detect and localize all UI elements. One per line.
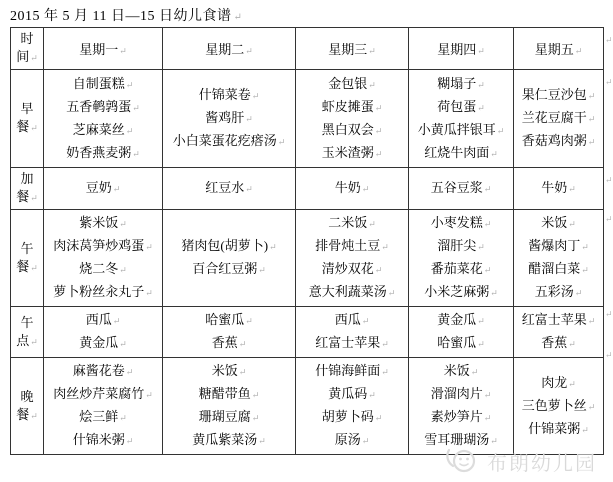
menu-table-body: 早餐自制蛋糕五香鹌鹑蛋芝麻菜丝奶香燕麦粥什锦菜卷酱鸡肝小白菜蛋花疙瘩汤金包银虾皮… (11, 70, 604, 455)
meal-label: 晚餐 (11, 358, 44, 455)
header-row: 时间星期一星期二星期三星期四星期五 (11, 28, 604, 70)
label-char: 餐 (12, 258, 42, 277)
menu-item: 糊塌子 (410, 73, 512, 96)
header-day-4: 星期四 (409, 28, 514, 70)
menu-item: 什锦米粥 (45, 429, 161, 452)
menu-cell: 小枣发糕溜肝尖番茄菜花小米芝麻粥 (409, 210, 514, 307)
menu-cell: 豆奶 (44, 168, 163, 210)
menu-item: 萝卜粉丝汆丸子 (45, 281, 161, 304)
label-char: 餐 (12, 118, 42, 137)
meal-row-4: 午点西瓜黄金瓜哈蜜瓜香蕉西瓜红富士苹果黄金瓜哈蜜瓜红富士苹果香蕉 (11, 307, 604, 358)
menu-item: 西瓜 (45, 309, 161, 332)
menu-item: 玉米渣粥 (297, 142, 407, 165)
menu-item: 小枣发糕 (410, 212, 512, 235)
menu-item: 香菇鸡肉粥 (515, 130, 602, 153)
header-day-label: 星期一 (79, 42, 127, 57)
menu-item: 红烧牛肉面 (410, 142, 512, 165)
menu-cell: 米饭酱爆肉丁醋溜白菜五彩汤 (514, 210, 604, 307)
menu-item: 哈蜜瓜 (410, 332, 512, 355)
menu-cell: 金包银虾皮摊蛋黑白双会玉米渣粥 (296, 70, 409, 168)
bird-face-logo-icon (444, 446, 480, 476)
page-title-text: 2015 年 5 月 11 日—15 日幼儿食谱 (10, 9, 231, 24)
menu-item: 黄金瓜 (45, 332, 161, 355)
header-day-1: 星期一 (44, 28, 163, 70)
menu-cell: 二米饭排骨炖土豆清炒双花意大利蔬菜汤 (296, 210, 409, 307)
end-of-row-mark: ↵ (605, 69, 613, 167)
menu-item: 红富士苹果 (515, 309, 602, 332)
menu-cell: 黄金瓜哈蜜瓜 (409, 307, 514, 358)
label-char: 点 (12, 332, 42, 351)
menu-cell: 牛奶 (514, 168, 604, 210)
menu-item: 小米芝麻粥 (410, 281, 512, 304)
label-char: 午 (12, 314, 42, 332)
header-day-3: 星期三 (296, 28, 409, 70)
menu-item: 米饭 (410, 360, 512, 383)
menu-item: 什锦菜卷 (164, 84, 294, 107)
menu-cell: 紫米饭肉沫莴笋炒鸡蛋烧二冬萝卜粉丝汆丸子 (44, 210, 163, 307)
label-char: 早 (12, 100, 42, 118)
menu-item: 果仁豆沙包 (515, 84, 602, 107)
menu-cell: 西瓜黄金瓜 (44, 307, 163, 358)
menu-table-header: 时间星期一星期二星期三星期四星期五 (11, 28, 604, 70)
menu-item: 意大利蔬菜汤 (297, 281, 407, 304)
label-char: 时 (12, 30, 42, 48)
meal-label: 加餐 (11, 168, 44, 210)
menu-cell: 什锦海鲜面黄瓜码胡萝卜码原汤 (296, 358, 409, 455)
menu-item: 素炒笋片 (410, 406, 512, 429)
menu-item: 芝麻菜丝 (45, 119, 161, 142)
menu-item: 糖醋带鱼 (164, 383, 294, 406)
menu-item: 黄瓜码 (297, 383, 407, 406)
menu-cell: 麻酱花卷肉丝炒芹菜腐竹烩三鲜什锦米粥 (44, 358, 163, 455)
menu-item: 番茄菜花 (410, 258, 512, 281)
menu-item: 肉丝炒芹菜腐竹 (45, 383, 161, 406)
menu-item: 五彩汤 (515, 281, 602, 304)
meal-row-5: 晚餐麻酱花卷肉丝炒芹菜腐竹烩三鲜什锦米粥米饭糖醋带鱼珊瑚豆腐黄瓜紫菜汤什锦海鲜面… (11, 358, 604, 455)
menu-item: 肉龙 (515, 372, 602, 395)
label-char: 加 (12, 170, 42, 188)
menu-cell: 西瓜红富士苹果 (296, 307, 409, 358)
header-day-5: 星期五 (514, 28, 604, 70)
menu-item: 清炒双花 (297, 258, 407, 281)
menu-cell: 肉龙三色萝卜丝什锦菜粥 (514, 358, 604, 455)
menu-cell: 五谷豆浆 (409, 168, 514, 210)
menu-cell: 猪肉包(胡萝卜)百合红豆粥 (163, 210, 296, 307)
menu-item: 滑溜肉片 (410, 383, 512, 406)
menu-item: 排骨炖土豆 (297, 235, 407, 258)
menu-cell: 什锦菜卷酱鸡肝小白菜蛋花疙瘩汤 (163, 70, 296, 168)
menu-item: 金包银 (297, 73, 407, 96)
header-day-label: 星期四 (437, 42, 485, 57)
page-title: 2015 年 5 月 11 日—15 日幼儿食谱↵ (10, 5, 242, 25)
watermark-text: 布朗幼儿园 (487, 447, 597, 476)
header-day-label: 星期五 (535, 42, 583, 57)
menu-item: 虾皮摊蛋 (297, 96, 407, 119)
menu-item: 什锦海鲜面 (297, 360, 407, 383)
menu-item: 三色萝卜丝 (515, 395, 602, 418)
menu-item: 猪肉包(胡萝卜) (164, 235, 294, 258)
menu-item: 胡萝卜码 (297, 406, 407, 429)
menu-item: 豆奶 (45, 177, 161, 200)
menu-cell: 果仁豆沙包兰花豆腐干香菇鸡肉粥 (514, 70, 604, 168)
menu-item: 什锦菜粥 (515, 418, 602, 441)
end-of-row-mark: ↵ (605, 167, 613, 206)
menu-item: 肉沫莴笋炒鸡蛋 (45, 235, 161, 258)
menu-cell: 哈蜜瓜香蕉 (163, 307, 296, 358)
menu-item: 麻酱花卷 (45, 360, 161, 383)
header-time-label: 时间 (11, 28, 44, 70)
label-char: 午 (12, 240, 42, 258)
menu-item: 米饭 (164, 360, 294, 383)
menu-item: 百合红豆粥 (164, 258, 294, 281)
label-char: 晚 (12, 388, 42, 406)
header-day-2: 星期二 (163, 28, 296, 70)
menu-item: 荷包蛋 (410, 96, 512, 119)
header-day-label: 星期二 (205, 42, 253, 57)
end-of-row-mark: ↵ (605, 342, 613, 432)
meal-label: 午点 (11, 307, 44, 358)
menu-item: 烧二冬 (45, 258, 161, 281)
menu-item: 酱鸡肝 (164, 107, 294, 130)
menu-item: 五香鹌鹑蛋 (45, 96, 161, 119)
menu-item: 小黄瓜拌银耳 (410, 119, 512, 142)
menu-cell: 米饭滑溜肉片素炒笋片雪耳珊瑚汤 (409, 358, 514, 455)
menu-item: 醋溜白菜 (515, 258, 602, 281)
meal-label: 早餐 (11, 70, 44, 168)
menu-item: 黑白双会 (297, 119, 407, 142)
menu-item: 西瓜 (297, 309, 407, 332)
header-day-label: 星期三 (328, 42, 376, 57)
label-char: 餐 (12, 188, 42, 207)
meal-row-1: 早餐自制蛋糕五香鹌鹑蛋芝麻菜丝奶香燕麦粥什锦菜卷酱鸡肝小白菜蛋花疙瘩汤金包银虾皮… (11, 70, 604, 168)
menu-item: 烩三鲜 (45, 406, 161, 429)
menu-item: 紫米饭 (45, 212, 161, 235)
menu-item: 黄金瓜 (410, 309, 512, 332)
menu-item: 米饭 (515, 212, 602, 235)
menu-item: 香蕉 (164, 332, 294, 355)
menu-item: 小白菜蛋花疙瘩汤 (164, 130, 294, 153)
menu-item: 兰花豆腐干 (515, 107, 602, 130)
end-of-row-mark: ↵ (605, 27, 613, 69)
menu-item: 二米饭 (297, 212, 407, 235)
menu-table: 时间星期一星期二星期三星期四星期五 早餐自制蛋糕五香鹌鹑蛋芝麻菜丝奶香燕麦粥什锦… (10, 27, 604, 455)
menu-item: 牛奶 (297, 177, 407, 200)
menu-cell: 红豆水 (163, 168, 296, 210)
menu-item: 珊瑚豆腐 (164, 406, 294, 429)
menu-cell: 红富士苹果香蕉 (514, 307, 604, 358)
menu-item: 黄瓜紫菜汤 (164, 429, 294, 452)
end-of-row-marks: ↵↵↵↵↵↵ (605, 27, 613, 432)
menu-cell: 牛奶 (296, 168, 409, 210)
menu-item: 原汤 (297, 429, 407, 452)
menu-item: 红豆水 (164, 177, 294, 200)
menu-item: 香蕉 (515, 332, 602, 355)
menu-cell: 糊塌子荷包蛋小黄瓜拌银耳红烧牛肉面 (409, 70, 514, 168)
menu-item: 自制蛋糕 (45, 73, 161, 96)
menu-item: 牛奶 (515, 177, 602, 200)
end-of-row-mark: ↵ (605, 206, 613, 301)
menu-item: 哈蜜瓜 (164, 309, 294, 332)
label-char: 餐 (12, 406, 42, 425)
label-char: 间 (12, 48, 42, 67)
menu-item: 溜肝尖 (410, 235, 512, 258)
menu-item: 奶香燕麦粥 (45, 142, 161, 165)
menu-item: 酱爆肉丁 (515, 235, 602, 258)
menu-cell: 米饭糖醋带鱼珊瑚豆腐黄瓜紫菜汤 (163, 358, 296, 455)
menu-item: 红富士苹果 (297, 332, 407, 355)
menu-cell: 自制蛋糕五香鹌鹑蛋芝麻菜丝奶香燕麦粥 (44, 70, 163, 168)
menu-item: 五谷豆浆 (410, 177, 512, 200)
return-pilcrow-icon: ↵ (233, 12, 242, 23)
meal-row-2: 加餐豆奶红豆水牛奶五谷豆浆牛奶 (11, 168, 604, 210)
watermark: 布朗幼儿园 (444, 446, 597, 476)
meal-row-3: 午餐紫米饭肉沫莴笋炒鸡蛋烧二冬萝卜粉丝汆丸子猪肉包(胡萝卜)百合红豆粥二米饭排骨… (11, 210, 604, 307)
meal-label: 午餐 (11, 210, 44, 307)
end-of-row-mark: ↵ (605, 301, 613, 342)
